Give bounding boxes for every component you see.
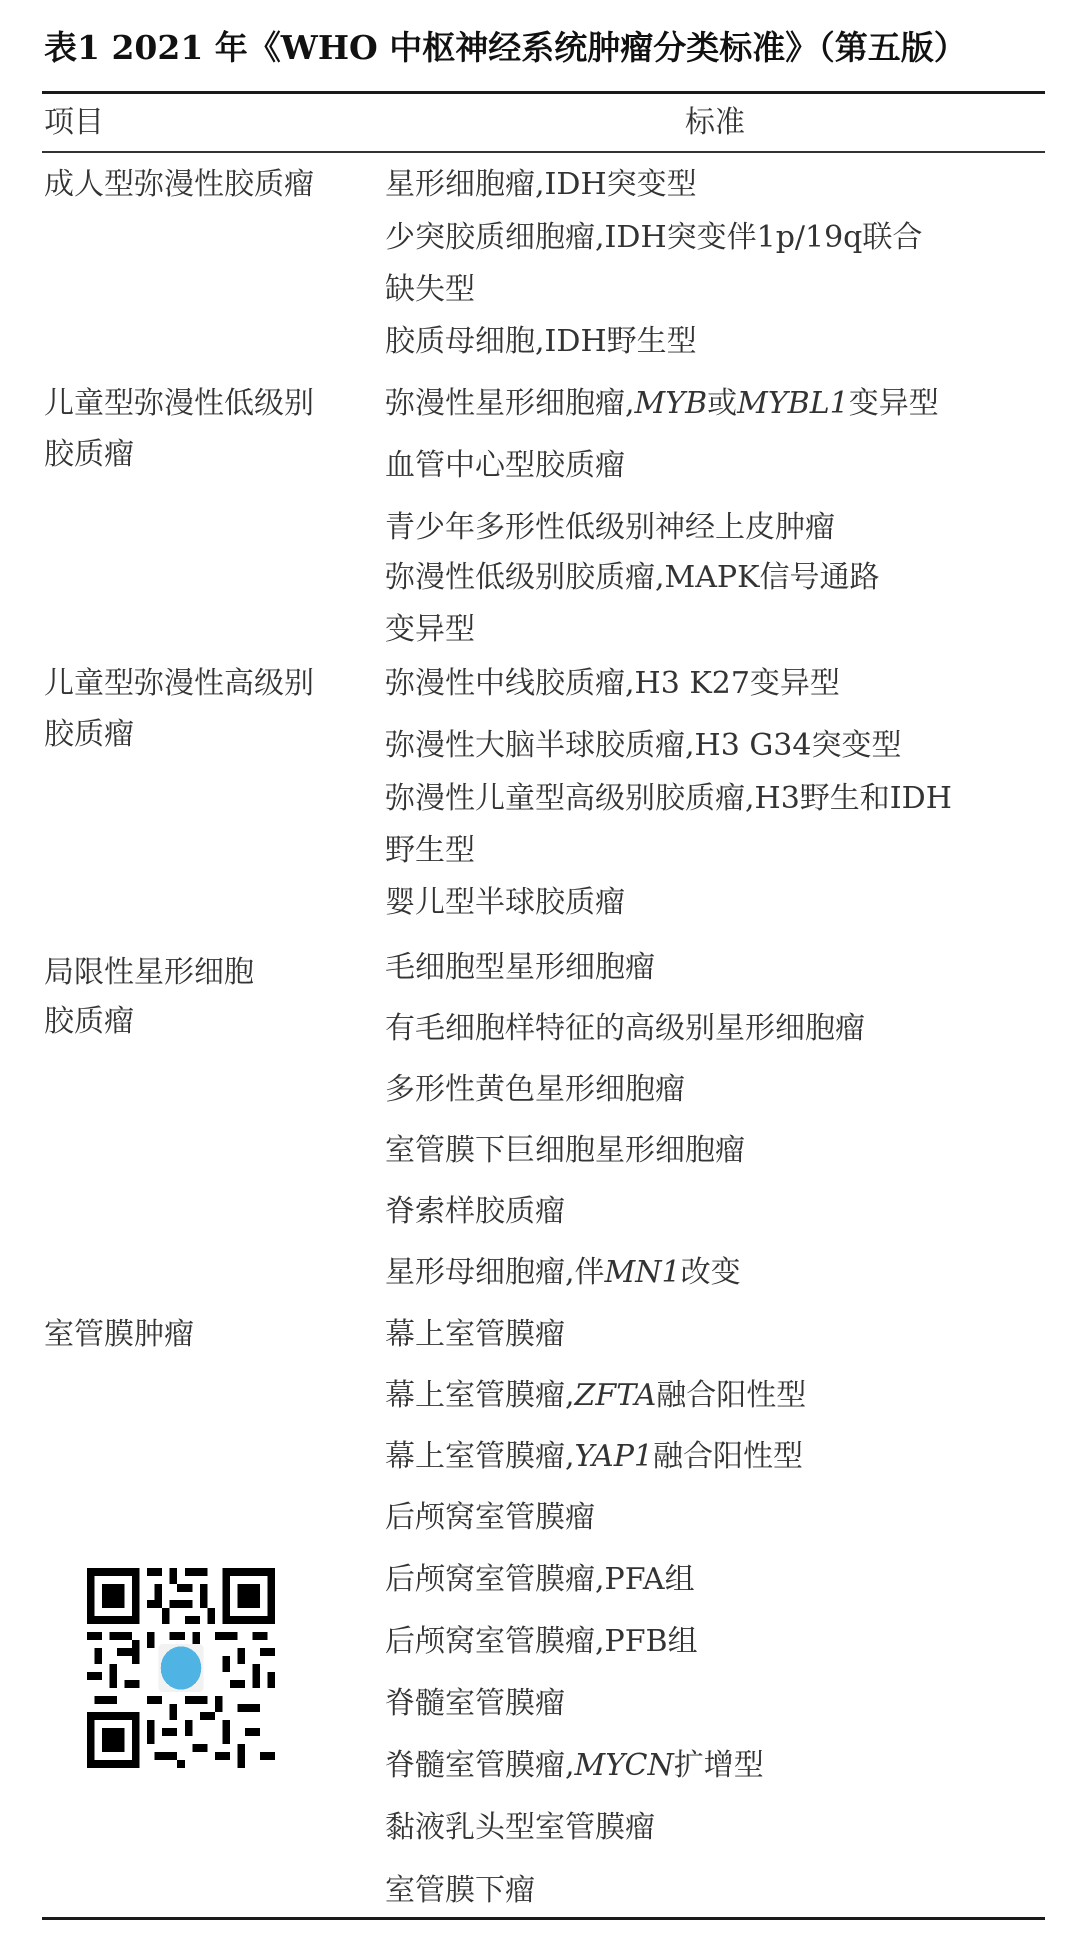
list-item: 黏液乳头型室管膜瘤 bbox=[385, 1810, 655, 1846]
gene-name: MN1 bbox=[605, 1255, 681, 1290]
header-rule bbox=[42, 151, 1045, 153]
list-item: 脊髓室管膜瘤,MYCN扩增型 bbox=[385, 1748, 764, 1784]
group-label-continued: 胶质瘤 bbox=[44, 717, 134, 753]
list-item: 血管中心型胶质瘤 bbox=[385, 448, 625, 484]
group-label: 儿童型弥漫性低级别 bbox=[44, 386, 314, 422]
list-item-continued: 野生型 bbox=[385, 833, 475, 869]
list-item: 多形性黄色星形细胞瘤 bbox=[385, 1072, 685, 1108]
list-item: 室管膜下瘤 bbox=[385, 1873, 535, 1909]
table-title: 表1 2021 年《WHO 中枢神经系统肿瘤分类标准》（第五版） bbox=[44, 22, 967, 69]
list-item: 星形母细胞瘤,伴MN1改变 bbox=[385, 1255, 741, 1291]
list-item: 后颅窝室管膜瘤 bbox=[385, 1500, 595, 1536]
list-item: 星形细胞瘤,IDH突变型 bbox=[385, 167, 697, 203]
list-item: 弥漫性儿童型高级别胶质瘤,H3野生和IDH bbox=[385, 781, 952, 817]
group-label-continued: 胶质瘤 bbox=[44, 437, 134, 473]
list-item: 婴儿型半球胶质瘤 bbox=[385, 885, 625, 921]
list-item: 脊索样胶质瘤 bbox=[385, 1194, 565, 1230]
list-item: 青少年多形性低级别神经上皮肿瘤 bbox=[385, 510, 835, 546]
group-label: 儿童型弥漫性高级别 bbox=[44, 666, 314, 702]
group-label-continued: 胶质瘤 bbox=[44, 1004, 134, 1040]
group-label: 成人型弥漫性胶质瘤 bbox=[44, 167, 314, 203]
list-item: 弥漫性大脑半球胶质瘤,H3 G34突变型 bbox=[385, 728, 901, 764]
gene-name: MYB bbox=[635, 386, 708, 421]
list-item: 幕上室管膜瘤,ZFTA融合阳性型 bbox=[385, 1378, 806, 1414]
list-item: 室管膜下巨细胞星形细胞瘤 bbox=[385, 1133, 745, 1169]
list-item: 少突胶质细胞瘤,IDH突变伴1p/19q联合 bbox=[385, 220, 922, 256]
list-item: 有毛细胞样特征的高级别星形细胞瘤 bbox=[385, 1011, 865, 1047]
list-item: 弥漫性星形细胞瘤,MYB或MYBL1变异型 bbox=[385, 386, 939, 422]
gene-name: MYCN bbox=[575, 1748, 674, 1783]
header-item: 项目 bbox=[44, 105, 104, 141]
list-item: 脊髓室管膜瘤 bbox=[385, 1686, 565, 1722]
list-item: 后颅窝室管膜瘤,PFB组 bbox=[385, 1624, 698, 1660]
list-item: 弥漫性中线胶质瘤,H3 K27变异型 bbox=[385, 666, 840, 702]
list-item: 毛细胞型星形细胞瘤 bbox=[385, 950, 655, 986]
list-item-continued: 变异型 bbox=[385, 612, 475, 648]
list-item: 胶质母细胞,IDH野生型 bbox=[385, 324, 697, 360]
list-item-continued: 缺失型 bbox=[385, 272, 475, 308]
qr-code-icon bbox=[87, 1568, 275, 1768]
group-label: 局限性星形细胞 bbox=[44, 955, 254, 991]
gene-name: MYBL1 bbox=[737, 386, 849, 421]
header-standard: 标准 bbox=[385, 105, 1045, 141]
list-item: 弥漫性低级别胶质瘤,MAPK信号通路 bbox=[385, 560, 880, 596]
top-rule bbox=[42, 91, 1045, 94]
list-item: 后颅窝室管膜瘤,PFA组 bbox=[385, 1562, 695, 1598]
list-item: 幕上室管膜瘤 bbox=[385, 1317, 565, 1353]
bottom-rule bbox=[42, 1917, 1045, 1920]
group-label: 室管膜肿瘤 bbox=[44, 1317, 194, 1353]
gene-name: ZFTA bbox=[575, 1378, 657, 1413]
list-item: 幕上室管膜瘤,YAP1融合阳性型 bbox=[385, 1439, 803, 1475]
gene-name: YAP1 bbox=[575, 1439, 653, 1474]
